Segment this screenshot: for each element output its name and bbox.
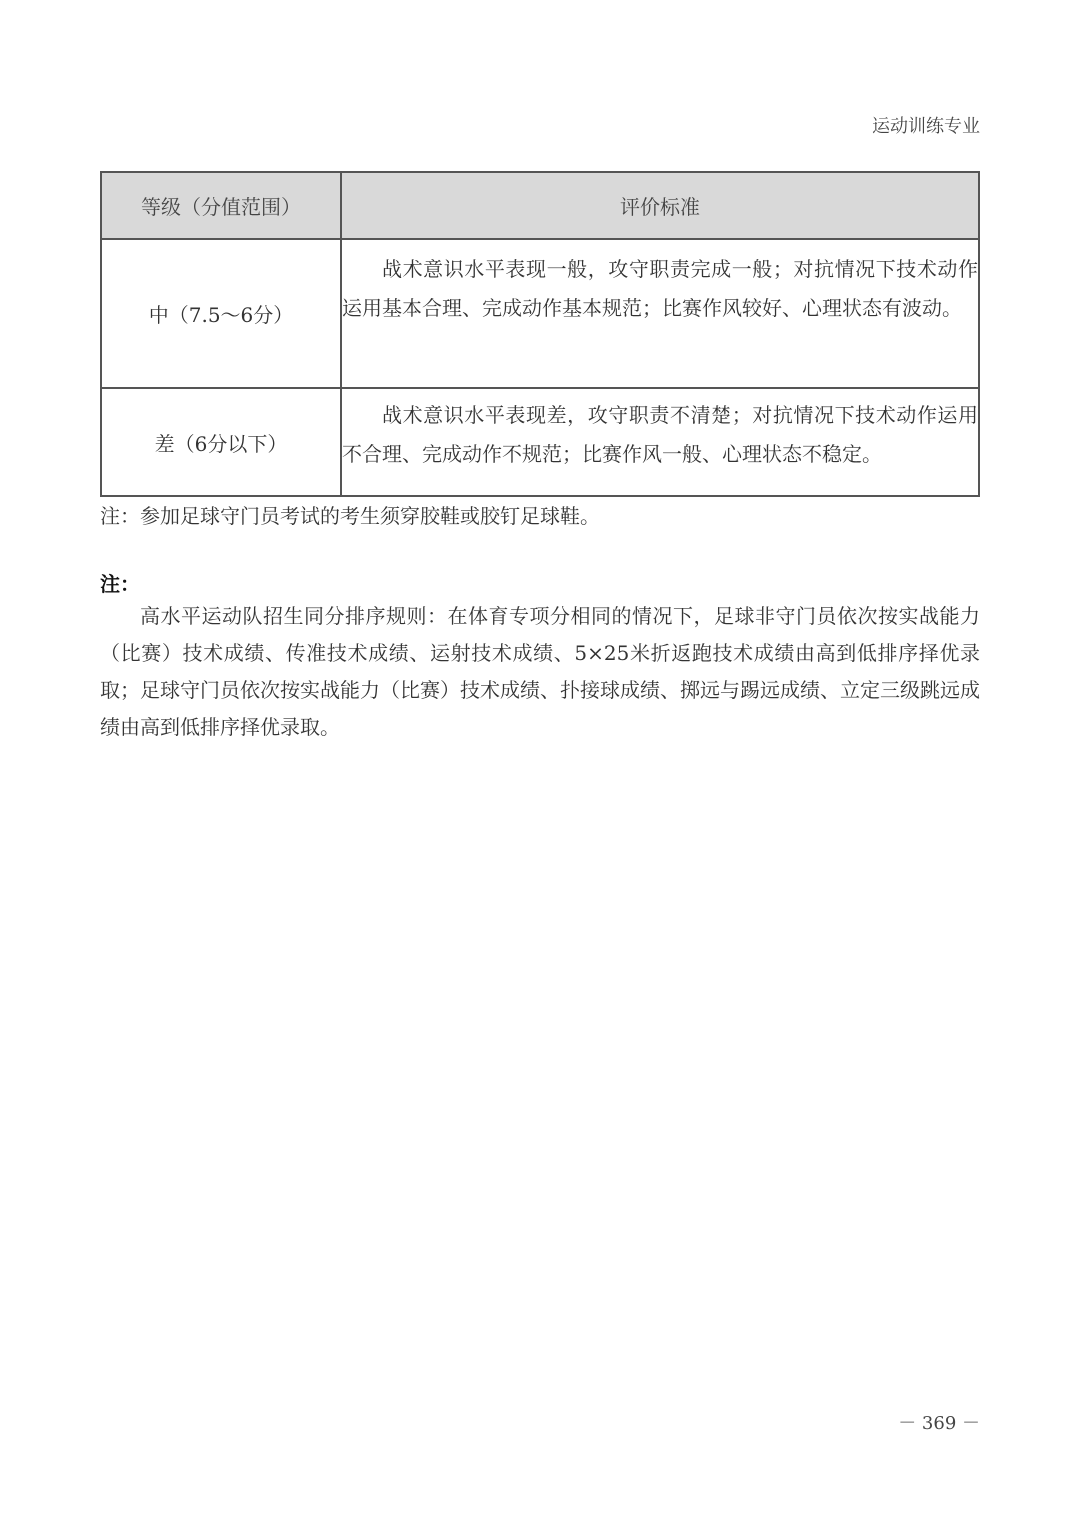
table-row: 差（6分以下） 战术意识水平表现差，攻守职责不清楚；对抗情况下技术动作运用不合理… bbox=[101, 388, 979, 496]
table-header-row: 等级（分值范围） 评价标准 bbox=[101, 172, 979, 239]
table-row: 中（7.5〜6分） 战术意识水平表现一般，攻守职责完成一般；对抗情况下技术动作运… bbox=[101, 239, 979, 388]
grade-criteria-table: 等级（分值范围） 评价标准 中（7.5〜6分） 战术意识水平表现一般，攻守职责完… bbox=[100, 171, 980, 497]
criteria-cell: 战术意识水平表现差，攻守职责不清楚；对抗情况下技术动作运用不合理、完成动作不规范… bbox=[341, 388, 979, 496]
note-section-title: 注： bbox=[100, 568, 140, 597]
grade-cell: 中（7.5〜6分） bbox=[101, 239, 341, 388]
header-criteria: 评价标准 bbox=[341, 172, 979, 239]
header-grade: 等级（分值范围） bbox=[101, 172, 341, 239]
note-section-body: 高水平运动队招生同分排序规则：在体育专项分相同的情况下，足球非守门员依次按实战能… bbox=[100, 598, 980, 746]
grade-cell: 差（6分以下） bbox=[101, 388, 341, 496]
running-header: 运动训练专业 bbox=[872, 112, 980, 138]
page-number: － 369 － bbox=[898, 1409, 980, 1435]
table-note: 注：参加足球守门员考试的考生须穿胶鞋或胶钉足球鞋。 bbox=[100, 500, 600, 529]
criteria-cell: 战术意识水平表现一般，攻守职责完成一般；对抗情况下技术动作运用基本合理、完成动作… bbox=[341, 239, 979, 388]
